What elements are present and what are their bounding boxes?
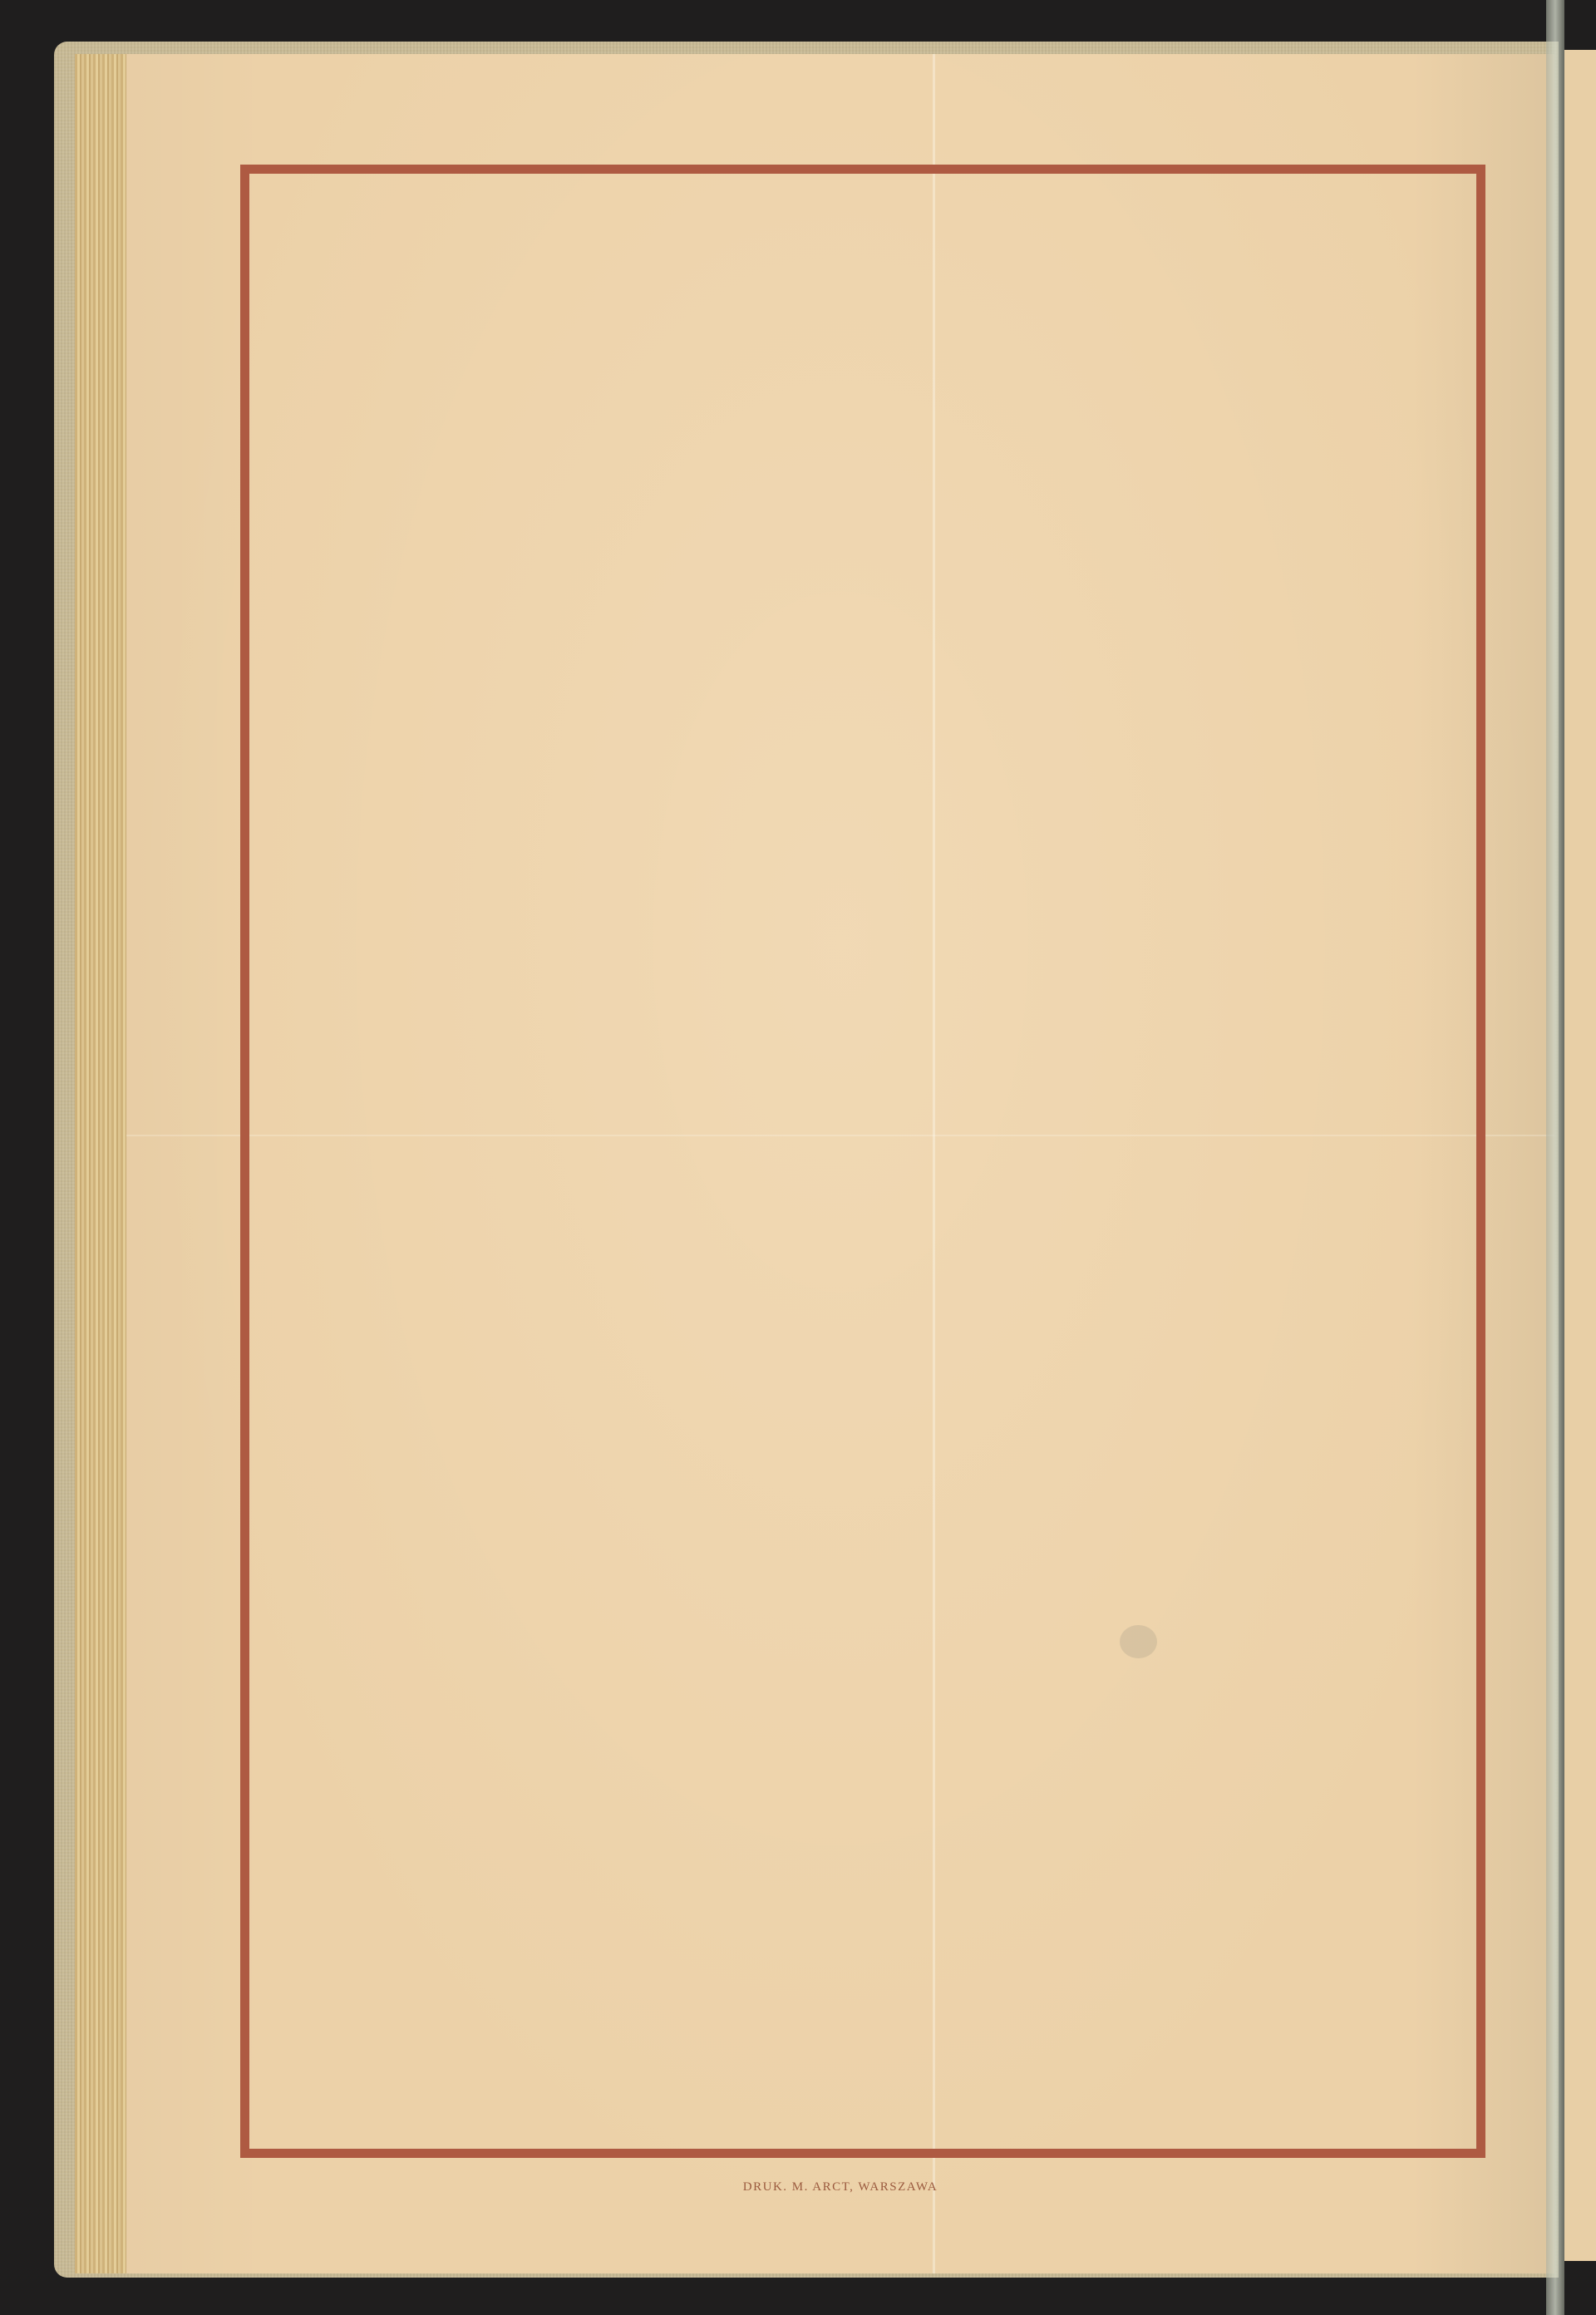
scanner-glass-edge <box>1546 0 1564 2315</box>
page-edges <box>75 54 126 2273</box>
decorative-frame <box>240 165 1485 2158</box>
book-page: DRUK. M. ARCT, WARSZAWA <box>126 54 1554 2273</box>
paper-stain <box>1120 1625 1157 1658</box>
adjacent-page <box>1564 50 1596 2261</box>
printer-imprint: DRUK. M. ARCT, WARSZAWA <box>126 2180 1554 2194</box>
